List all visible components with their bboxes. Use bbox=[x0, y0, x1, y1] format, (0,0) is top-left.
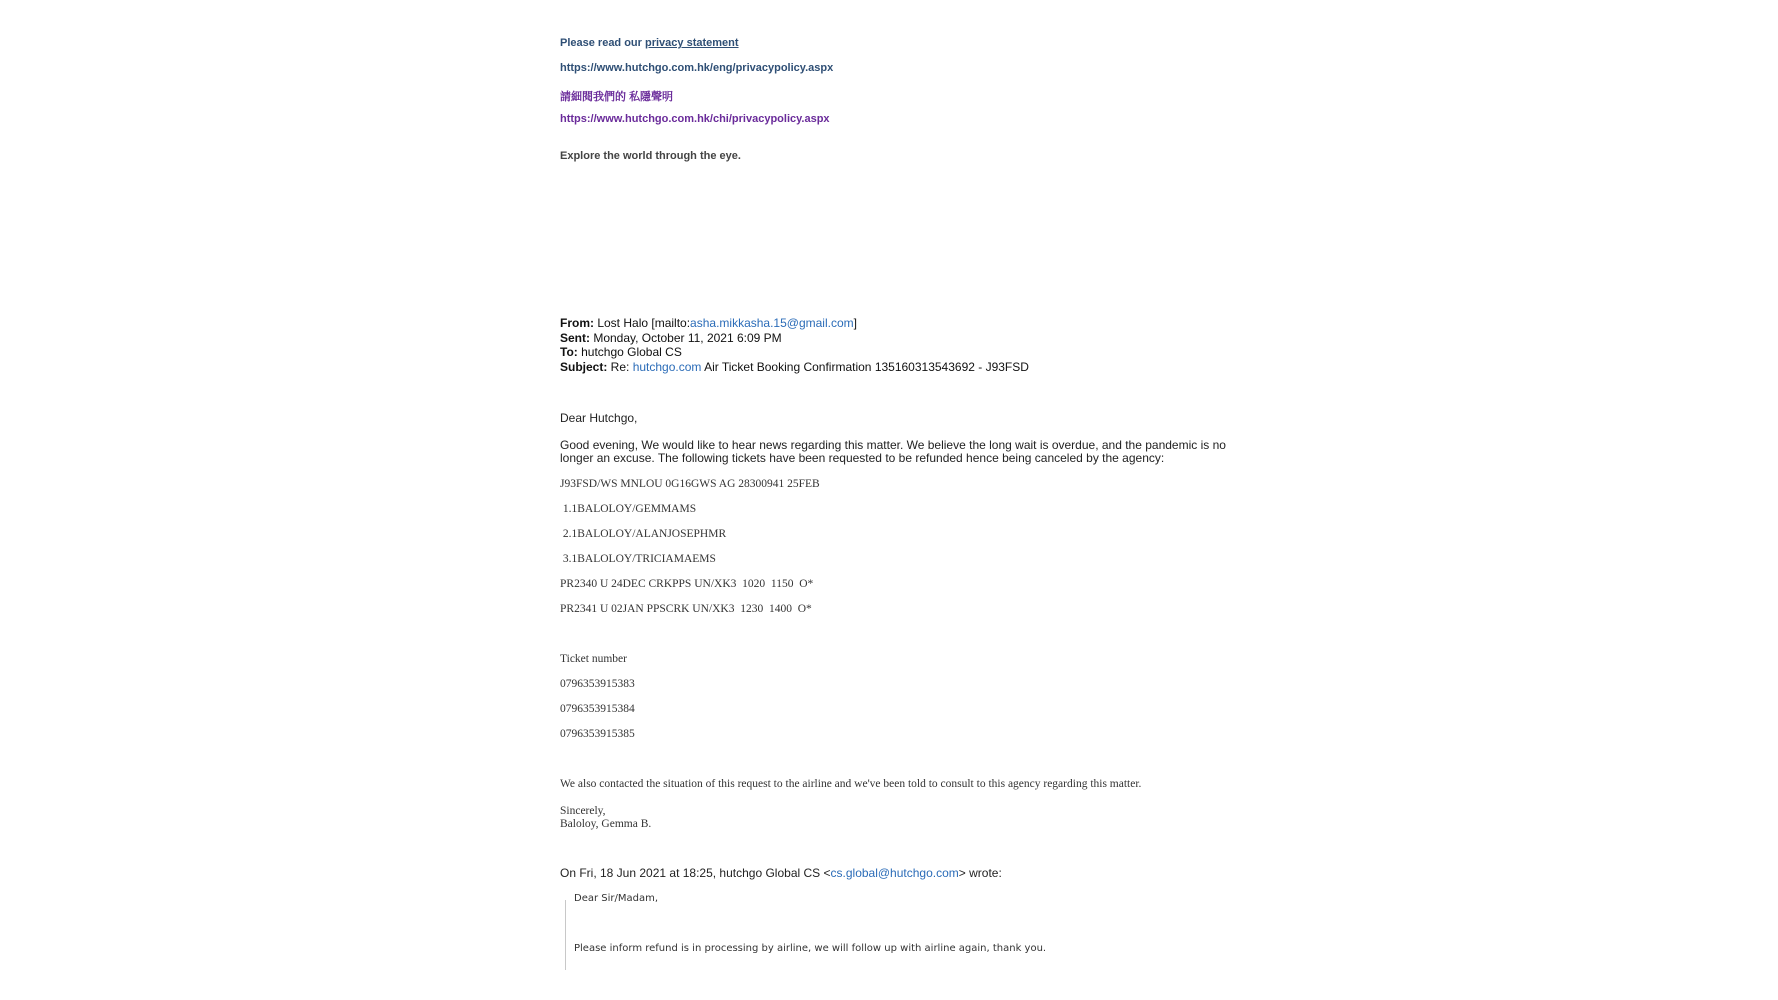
quoted-intro: On Fri, 18 Jun 2021 at 18:25, hutchgo Gl… bbox=[560, 867, 1002, 881]
paragraph-line-2: longer an excuse. The following tickets … bbox=[560, 452, 1164, 466]
from-email-link[interactable]: asha.mikkasha.15@gmail.com bbox=[690, 316, 854, 330]
flight-2: PR2341 U 02JAN PPSCRK UN/XK3 1230 1400 O… bbox=[560, 603, 812, 615]
privacy-notice-en: Please read our privacy statement bbox=[560, 37, 739, 49]
privacy-notice-zh: 請細閱我們的 私隱聲明 bbox=[560, 88, 673, 104]
tagline: Explore the world through the eye. bbox=[560, 150, 741, 162]
quoted-email-link[interactable]: cs.global@hutchgo.com bbox=[831, 866, 959, 880]
subject-row: Subject: Re: hutchgo.com Air Ticket Book… bbox=[560, 360, 1029, 375]
privacy-statement-link-zh[interactable]: 私隱聲明 bbox=[629, 91, 673, 103]
closing-paragraph: We also contacted the situation of this … bbox=[560, 778, 1141, 790]
passenger-3: 3.1BALOLOY/TRICIAMAEMS bbox=[560, 553, 716, 565]
email-header: From: Lost Halo [mailto:asha.mikkasha.15… bbox=[560, 316, 1029, 374]
ticket-number-1: 0796353915383 bbox=[560, 678, 635, 690]
privacy-url-zh[interactable]: https://www.hutchgo.com.hk/chi/privacypo… bbox=[560, 113, 830, 125]
subject-link[interactable]: hutchgo.com bbox=[633, 360, 702, 374]
ticket-number-3: 0796353915385 bbox=[560, 728, 635, 740]
privacy-url-en[interactable]: https://www.hutchgo.com.hk/eng/privacypo… bbox=[560, 62, 833, 74]
to-row: To: hutchgo Global CS bbox=[560, 345, 1029, 360]
flight-1: PR2340 U 24DEC CRKPPS UN/XK3 1020 1150 O… bbox=[560, 578, 813, 590]
sent-row: Sent: Monday, October 11, 2021 6:09 PM bbox=[560, 331, 1029, 346]
quoted-message: Dear Sir/Madam, Please inform refund is … bbox=[565, 900, 1094, 970]
ticket-number-2: 0796353915384 bbox=[560, 703, 635, 715]
booking-line: J93FSD/WS MNLOU 0G16GWS AG 28300941 25FE… bbox=[560, 478, 820, 490]
signoff: Sincerely, bbox=[560, 805, 606, 817]
quoted-greeting: Dear Sir/Madam, bbox=[574, 893, 658, 904]
passenger-2: 2.1BALOLOY/ALANJOSEPHMR bbox=[560, 528, 726, 540]
from-row: From: Lost Halo [mailto:asha.mikkasha.15… bbox=[560, 316, 1029, 331]
signature: Baloloy, Gemma B. bbox=[560, 818, 651, 830]
quoted-body: Please inform refund is in processing by… bbox=[574, 943, 1046, 954]
passenger-1: 1.1BALOLOY/GEMMAMS bbox=[560, 503, 696, 515]
privacy-statement-link[interactable]: privacy statement bbox=[645, 37, 739, 49]
ticket-label: Ticket number bbox=[560, 653, 627, 665]
greeting: Dear Hutchgo, bbox=[560, 412, 637, 426]
